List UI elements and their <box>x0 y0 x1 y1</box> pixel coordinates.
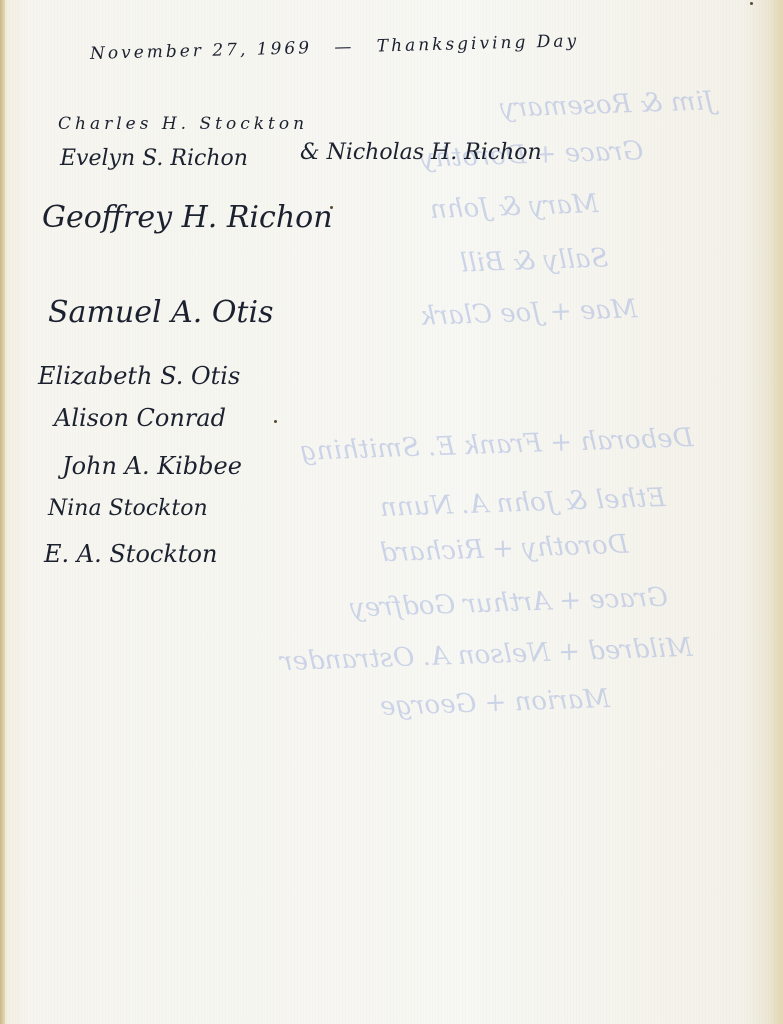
entry-date: November 27, 1969 <box>90 38 313 64</box>
bleed-line: Dorothy + Richard <box>380 530 629 569</box>
signature: Evelyn S. Richon <box>60 146 248 171</box>
paper-speck <box>750 2 753 5</box>
signature: Nina Stockton <box>48 496 208 521</box>
bleed-line: Marion + George <box>380 684 611 722</box>
bleed-line: Sally & Bill <box>460 243 609 278</box>
bleed-line: Ethel & John A. Nunn <box>380 483 667 523</box>
paper-speck <box>274 420 277 423</box>
page-right-edge <box>769 0 783 1024</box>
entry-header: November 27, 1969 — Thanksgiving Day <box>90 31 580 64</box>
header-separator: — <box>334 37 355 58</box>
guestbook-page: Jim & Rosemary Grace + Dorothy Mary & Jo… <box>0 0 783 1024</box>
entry-occasion: Thanksgiving Day <box>377 31 580 56</box>
signature: Samuel A. Otis <box>48 295 273 330</box>
bleed-line: Jim & Rosemary <box>500 86 715 123</box>
signature: John A. Kibbee <box>62 452 242 480</box>
signature: & Nicholas H. Richon <box>300 140 542 165</box>
signature: E. A. Stockton <box>44 540 217 568</box>
bleed-line: Grace + Arthur Godfrey <box>350 582 669 623</box>
signature: Elizabeth S. Otis <box>38 362 240 390</box>
signature: Geoffrey H. Richon <box>42 200 333 235</box>
bleed-line: Mary & John <box>430 189 599 225</box>
paper-speck <box>330 206 333 209</box>
bleed-line: Mae + Joe Clark <box>420 294 638 332</box>
bleed-line: Deborah + Frank E. Smithing <box>300 423 694 467</box>
page-binding-edge <box>0 0 5 1024</box>
signature: Alison Conrad <box>54 404 226 432</box>
bleed-line: Mildred + Nelson A. Ostrander <box>280 633 693 677</box>
signature: Charles H. Stockton <box>58 114 308 134</box>
